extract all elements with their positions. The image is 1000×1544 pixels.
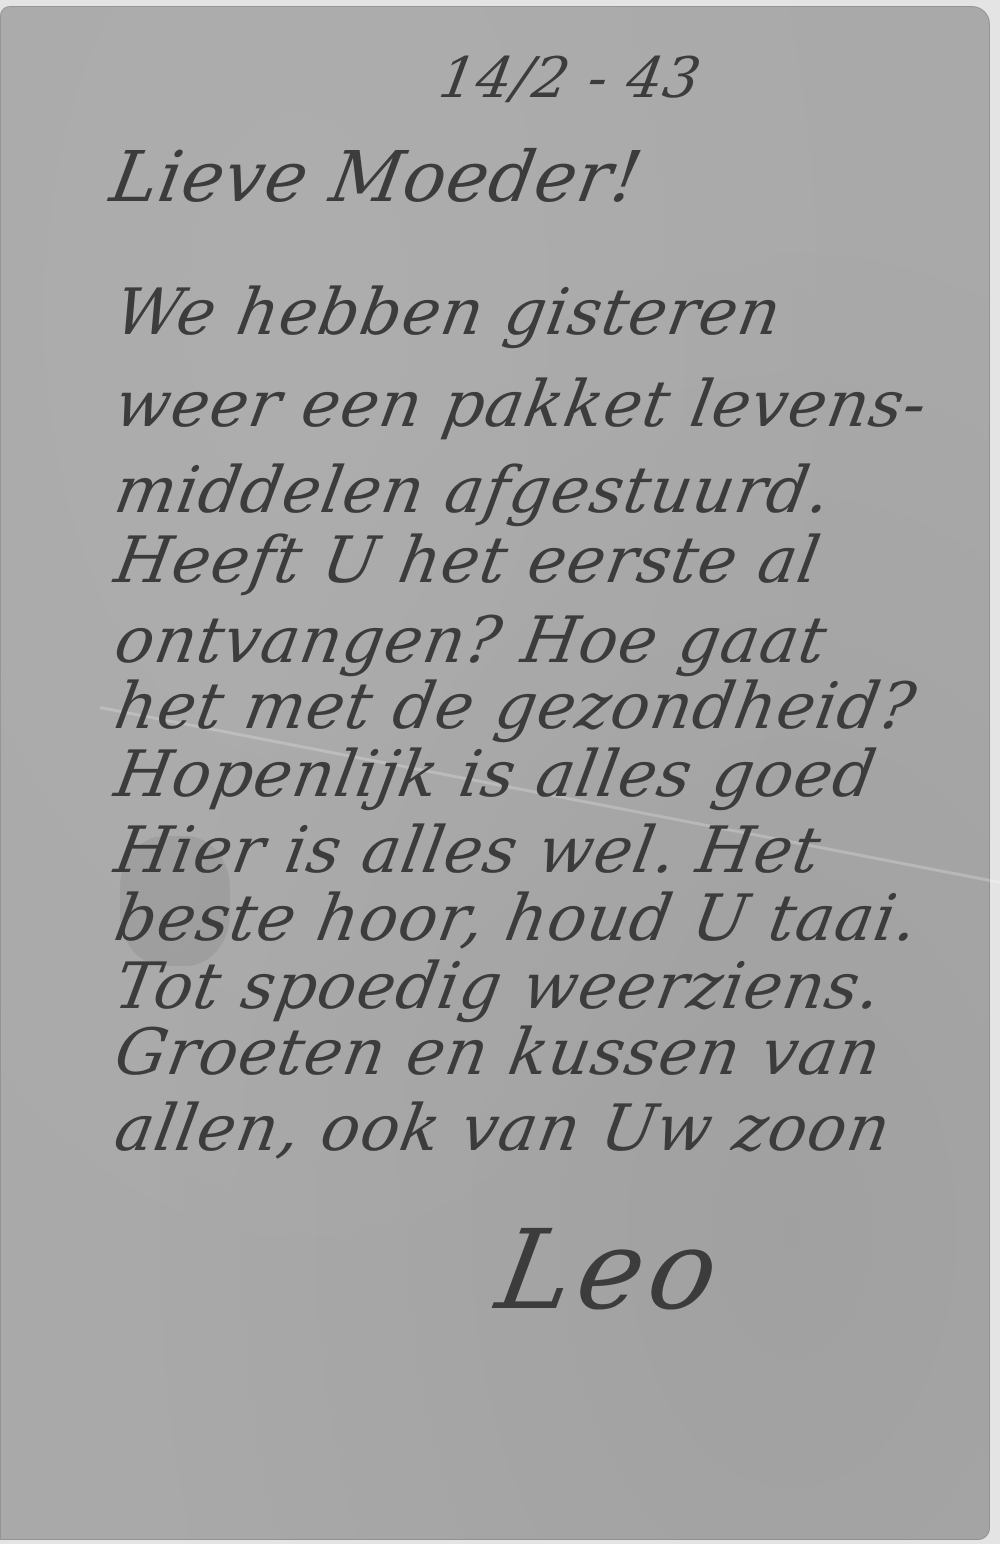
signature: Leo (489, 1206, 734, 1334)
body-line: beste hoor, houd U taai. (109, 882, 924, 956)
letter-salutation: Lieve Moeder! (105, 136, 649, 218)
body-line: Hopenlijk is alles goed (109, 738, 882, 812)
body-line: allen, ook van Uw zoon (109, 1092, 896, 1166)
postcard: 14/2 - 43 Lieve Moeder! We hebben gister… (0, 6, 990, 1540)
body-line: ontvangen? Hoe gaat (109, 604, 832, 678)
body-line: Heeft U het eerste al (109, 524, 826, 598)
body-line: We hebben gisteren (109, 276, 787, 350)
body-line: het met de gezondheid? (109, 670, 921, 744)
body-line: middelen afgestuurd. (109, 454, 837, 528)
body-line: Groeten en kussen van (109, 1016, 886, 1090)
body-line: Hier is alles wel. Het (109, 814, 826, 888)
body-line: Tot spoedig weerziens. (109, 950, 887, 1024)
letter-date: 14/2 - 43 (434, 46, 706, 111)
body-line: weer een pakket levens- (109, 368, 933, 442)
